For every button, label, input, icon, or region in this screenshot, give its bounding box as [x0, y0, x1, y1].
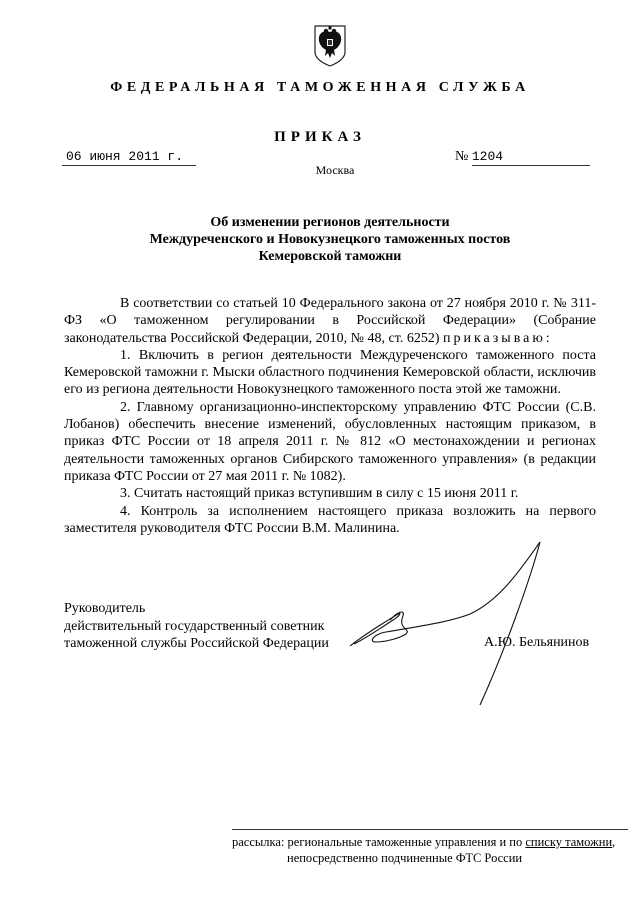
- order-item-3: 3. Считать настоящий приказ вступившим в…: [64, 485, 596, 502]
- position-line-2: действительный государственный советник: [64, 618, 329, 636]
- distribution-prefix: рассылка: региональные таможенные управл…: [232, 835, 525, 849]
- divider-line: [232, 829, 628, 830]
- position-line-1: Руководитель: [64, 600, 329, 618]
- title-line-2: Междуреченского и Новокузнецкого таможен…: [80, 231, 580, 248]
- order-word: приказываю:: [443, 331, 553, 346]
- order-title: Об изменении регионов деятельности Между…: [80, 214, 580, 265]
- handwritten-signature-icon: [330, 530, 570, 715]
- document-type: ПРИКАЗ: [0, 129, 640, 146]
- order-item-2: 2. Главному организационно-инспекторском…: [64, 399, 596, 485]
- distribution-list: рассылка: региональные таможенные управл…: [232, 835, 632, 866]
- title-line-3: Кемеровской таможни: [80, 248, 580, 265]
- position-line-3: таможенной службы Российской Федерации: [64, 635, 329, 653]
- coat-of-arms-icon: [313, 22, 347, 68]
- city: Москва: [0, 163, 640, 178]
- agency-name: ФЕДЕРАЛЬНАЯ ТАМОЖЕННАЯ СЛУЖБА: [0, 80, 640, 96]
- order-item-1: 1. Включить в регион деятельности Междур…: [64, 347, 596, 399]
- distribution-underlined: списку таможни: [525, 835, 612, 849]
- distribution-suffix: ,: [612, 835, 615, 849]
- title-line-1: Об изменении регионов деятельности: [80, 214, 580, 231]
- signer-position: Руководитель действительный государствен…: [64, 600, 329, 653]
- distribution-line-2: непосредственно подчиненные ФТС России: [232, 851, 632, 867]
- preamble-paragraph: В соответствии со статьей 10 Федеральног…: [64, 295, 596, 347]
- order-body: В соответствии со статьей 10 Федеральног…: [64, 295, 596, 537]
- number-label: №: [455, 149, 468, 164]
